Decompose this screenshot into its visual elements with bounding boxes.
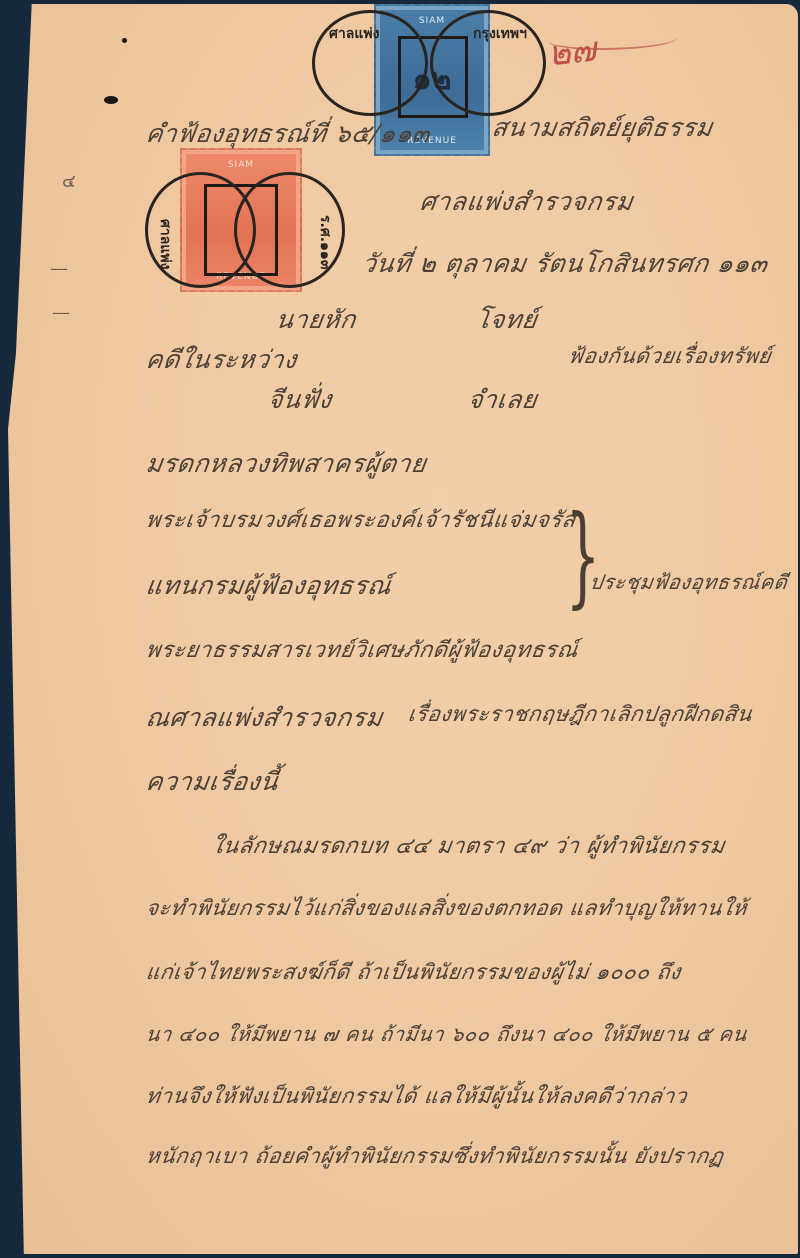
heading-court-name: ศาลแพ่งสำรวจกรม [417, 182, 636, 222]
binding-hole [122, 38, 127, 43]
body-line: พระเจ้าบรมวงศ์เธอพระองค์เจ้ารัชนีแจ่มจรั… [144, 502, 579, 537]
red-page-number: ๒๗ [545, 22, 598, 81]
body-line: จะทำพินัยกรรมไว้แก่สิ่งของแลสิ่งของตกทอด… [144, 892, 750, 925]
cancellation-postmark: ร.ศ.๑๑๓ [234, 172, 345, 288]
body-line: นา ๔๐๐ ให้มีพยาน ๗ คน ถ้ามีนา ๖๐๐ ถึงนา … [144, 1018, 749, 1050]
case-between-label: คดีในระหว่าง [143, 340, 299, 380]
margin-mark: — [52, 302, 70, 323]
binding-hole [104, 96, 118, 104]
body-line: เรื่องพระราชกฤษฎีกาเลิกปลูกฝีกดสิน [406, 698, 755, 731]
cancellation-postmark: กรุงเทพฯ [430, 10, 546, 116]
body-line: แก่เจ้าไทยพระสงฆ์ก็ดี ถ้าเป็นพินัยกรรมขอ… [144, 956, 683, 989]
heading-petition-number: คำฟ้องอุทธรณ์ที่ ๖๕/๑๑๓ [143, 114, 433, 154]
cancellation-postmark: ศาลแพ่ง [312, 10, 428, 116]
defendant-label: จำเลย [465, 380, 540, 420]
body-line: ณศาลแพ่งสำรวจกรม [143, 698, 385, 738]
heading-date: วันที่ ๒ ตุลาคม รัตนโกสินทรศก ๑๑๓ [359, 244, 770, 284]
body-line: หนักฤาเบา ถ้อยคำผู้ทำพินัยกรรมซึ่งทำพินั… [144, 1140, 726, 1173]
body-line: ท่านจึงให้ฟังเป็นพินัยกรรมได้ แลให้มีผู้… [144, 1080, 690, 1113]
plaintiff-label: โจทย์ [473, 300, 540, 340]
case-subject: ฟ้องกันด้วยเรื่องทรัพย์ [566, 340, 774, 373]
body-line: มรดกหลวงทิพสาครผู้ตาย [143, 444, 429, 484]
body-line: ในลักษณมรดกบท ๔๔ มาตรา ๔๙ ว่า ผู้ทำพินัย… [210, 828, 728, 863]
defendant-name: จีนฟั่ง [265, 380, 334, 420]
body-line: ความเรื่องนี้ [143, 762, 281, 802]
margin-mark: ๔ [62, 166, 76, 195]
heading-court-seat: สนามสถิตย์ยุติธรรม [489, 108, 715, 148]
body-line: ประชุมฟ้องอุทธรณ์คดี [588, 566, 790, 598]
body-line: พระยาธรรมสารเวทย์วิเศษภักดีผู้ฟ้องอุทธรณ… [144, 632, 581, 667]
document-page [8, 4, 798, 1254]
stamp-label-top: SIAM [182, 160, 300, 170]
body-line: แทนกรมผู้ฟ้องอุทธรณ์ [143, 566, 394, 606]
plaintiff-name: นายหัก [273, 300, 359, 340]
margin-mark: — [50, 258, 68, 279]
